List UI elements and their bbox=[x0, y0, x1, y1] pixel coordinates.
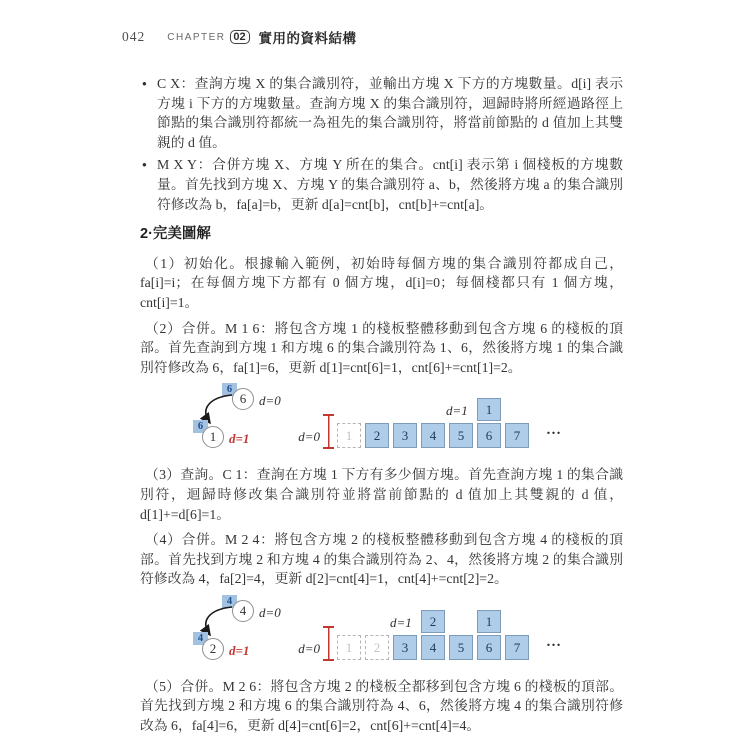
diagram-merge-2-4: 4 4 d=0 4 2 d=1 d=0 … 12345672d=11 bbox=[140, 595, 623, 671]
stack-cell: 1 bbox=[337, 423, 361, 448]
stack-top-cell: 1 bbox=[477, 610, 501, 633]
paragraph-1: （1）初始化。根據輸入範例，初始時每個方塊的集合識別符都成自己，fa[i]=i；… bbox=[140, 254, 623, 313]
paragraph-2: （2）合併。M 1 6：將包含方塊 1 的棧板整體移動到包含方塊 6 的棧板的頂… bbox=[140, 319, 623, 378]
stack-cell: 5 bbox=[449, 635, 473, 660]
book-title: 實用的資料結構 bbox=[259, 27, 357, 47]
stack-cell: 7 bbox=[505, 423, 529, 448]
d1-label: d=1 bbox=[390, 613, 412, 633]
child-node-circle: 2 bbox=[202, 638, 224, 660]
child-d-label: d=1 bbox=[229, 429, 249, 449]
chapter-label: CHAPTER bbox=[167, 32, 225, 43]
stack-top-cell: 1 bbox=[477, 398, 501, 421]
bullet-item-merge: ● M X Y：合併方塊 X、方塊 Y 所在的集合。cnt[i] 表示第 i 個… bbox=[140, 155, 623, 214]
stack-d0-label: d=0 bbox=[288, 639, 320, 659]
page-number: 042 bbox=[122, 29, 145, 45]
bullet-icon: ● bbox=[142, 155, 147, 175]
bullet-icon: ● bbox=[142, 74, 147, 94]
section-title: 2·完美圖解 bbox=[140, 225, 623, 245]
bullet-text: C X：查詢方塊 X 的集合識別符，並輸出方塊 X 下方的方塊數量。d[i] 表… bbox=[157, 76, 623, 150]
paragraph-5: （5）合併。M 2 6：將包含方塊 2 的棧板全都移到包含方塊 6 的棧板的頂部… bbox=[140, 677, 623, 736]
stack-cell: 6 bbox=[477, 635, 501, 660]
stack-cell: 3 bbox=[393, 423, 417, 448]
stack-cell: 1 bbox=[337, 635, 361, 660]
ellipsis: … bbox=[546, 633, 562, 653]
child-d-label: d=1 bbox=[229, 641, 249, 661]
stack-cell: 7 bbox=[505, 635, 529, 660]
depth-marker-icon bbox=[323, 626, 334, 661]
chapter-number-badge: 02 bbox=[230, 30, 250, 44]
bullet-item-query: ● C X：查詢方塊 X 的集合識別符，並輸出方塊 X 下方的方塊數量。d[i]… bbox=[140, 74, 623, 152]
child-node-circle: 1 bbox=[202, 426, 224, 448]
paragraph-4: （4）合併。M 2 4：將包含方塊 2 的棧板整體移動到包含方塊 4 的棧板的頂… bbox=[140, 530, 623, 589]
stack-d0-label: d=0 bbox=[288, 427, 320, 447]
bullet-text: M X Y：合併方塊 X、方塊 Y 所在的集合。cnt[i] 表示第 i 個棧板… bbox=[157, 157, 623, 211]
stack-cell: 4 bbox=[421, 423, 445, 448]
depth-marker-icon bbox=[323, 414, 334, 449]
ellipsis: … bbox=[546, 421, 562, 441]
stack-cell: 5 bbox=[449, 423, 473, 448]
stack-cell: 3 bbox=[393, 635, 417, 660]
book-page: 042 CHAPTER 02 實用的資料結構 ● C X：查詢方塊 X 的集合識… bbox=[0, 0, 750, 750]
page-header: 042 CHAPTER 02 實用的資料結構 bbox=[122, 27, 357, 47]
diagram-merge-1-6: 6 6 d=0 6 1 d=1 d=0 … 12345671d=1 bbox=[140, 383, 623, 459]
stack-cell: 2 bbox=[365, 635, 389, 660]
stack-cell: 6 bbox=[477, 423, 501, 448]
stack-cell: 2 bbox=[365, 423, 389, 448]
page-content: ● C X：查詢方塊 X 的集合識別符，並輸出方塊 X 下方的方塊數量。d[i]… bbox=[140, 74, 623, 742]
parent-d-label: d=0 bbox=[259, 603, 281, 623]
parent-d-label: d=0 bbox=[259, 391, 281, 411]
d1-label: d=1 bbox=[446, 401, 468, 421]
stack-top-cell: 2 bbox=[421, 610, 445, 633]
stack-cell: 4 bbox=[421, 635, 445, 660]
paragraph-3: （3）查詢。C 1：查詢在方塊 1 下方有多少個方塊。首先查詢方塊 1 的集合識… bbox=[140, 465, 623, 524]
